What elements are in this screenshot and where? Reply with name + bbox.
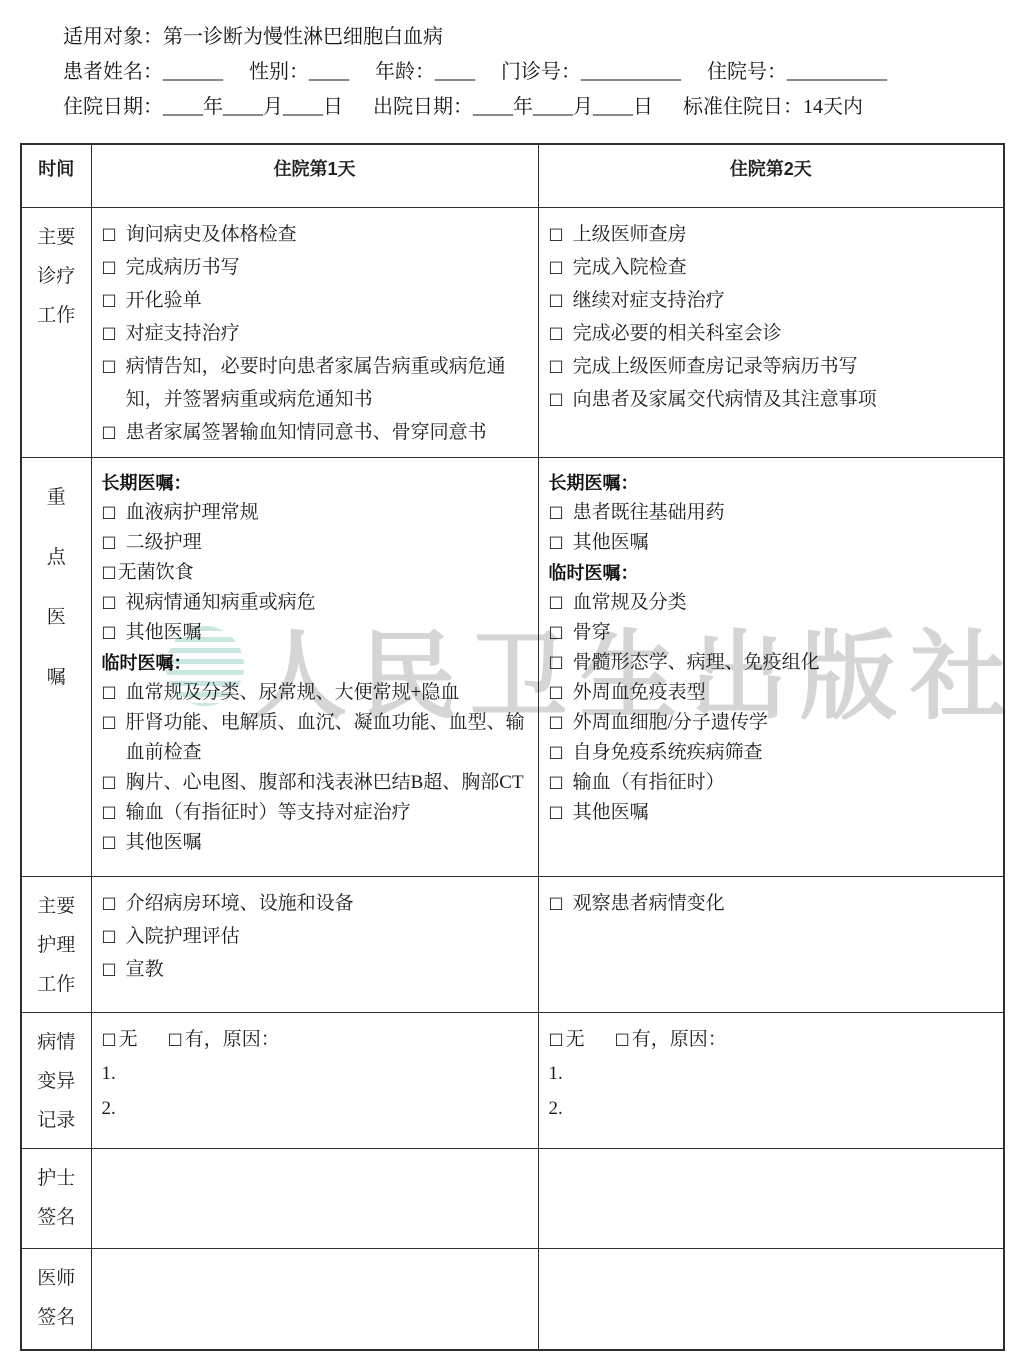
- checklist-item: □血常规及分类、尿常规、大便常规+隐血: [102, 678, 528, 708]
- checklist-item: □询问病史及体格检查: [102, 218, 528, 251]
- checkbox-icon[interactable]: □: [549, 497, 564, 527]
- checkbox-label: 骨髓形态学、病理、免疫组化: [573, 648, 820, 678]
- checkbox-icon[interactable]: □: [102, 886, 117, 919]
- row-label: 主要诊疗工作: [21, 208, 91, 458]
- checkbox-label: 骨穿: [573, 618, 611, 648]
- checkbox-icon[interactable]: □: [102, 283, 117, 316]
- checklist-item: □继续对症支持治疗: [549, 284, 994, 317]
- day-cell: 长期医嘱：□血液病护理常规□二级护理□无菌饮食□视病情通知病重或病危□其他医嘱临…: [91, 458, 538, 877]
- checkbox-icon[interactable]: □: [549, 677, 564, 707]
- checkbox-icon[interactable]: □: [549, 250, 564, 283]
- checkbox-label: 完成病历书写: [126, 251, 240, 284]
- table-row: 医师签名: [21, 1249, 1004, 1351]
- checkbox-icon[interactable]: □: [549, 587, 564, 617]
- checkbox-option: □有，原因：: [615, 1023, 727, 1056]
- column-header-time: 时间: [21, 144, 91, 208]
- checklist-item: □骨穿: [549, 618, 994, 648]
- checklist-item: □外周血细胞/分子遗传学: [549, 708, 994, 738]
- checkbox-label: 其他医嘱: [573, 528, 649, 558]
- checkbox-icon[interactable]: □: [102, 316, 117, 349]
- checklist-item: □对症支持治疗: [102, 317, 528, 350]
- row-label: 重点医嘱: [21, 458, 91, 877]
- checkbox-option: □无: [549, 1023, 585, 1056]
- checkbox-label: 宣教: [126, 953, 164, 986]
- checklist-item: □二级护理: [102, 528, 528, 558]
- checkbox-icon[interactable]: □: [102, 497, 117, 527]
- checklist-item: □其他医嘱: [102, 618, 528, 648]
- checkbox-icon[interactable]: □: [549, 617, 564, 647]
- checklist-item: □完成入院检查: [549, 251, 994, 284]
- checkbox-label: 对症支持治疗: [126, 317, 240, 350]
- checklist-item: □向患者及家属交代病情及其注意事项: [549, 383, 994, 416]
- day-cell: □无□有，原因：1.2.: [91, 1013, 538, 1149]
- column-header-day1: 住院第1天: [91, 144, 538, 208]
- patient-name-field: 患者姓名：______: [63, 55, 223, 90]
- checklist-item: □输血（有指征时）等支持对症治疗: [102, 798, 528, 828]
- day-cell: □无□有，原因：1.2.: [538, 1013, 1004, 1149]
- checkbox-label: 开化验单: [126, 284, 202, 317]
- checkbox-icon[interactable]: □: [549, 382, 564, 415]
- checkbox-icon[interactable]: □: [549, 349, 564, 382]
- checkbox-label: 无: [119, 1023, 138, 1056]
- checklist-item: □患者既往基础用药: [549, 498, 994, 528]
- checklist-item: □病情告知，必要时向患者家属告病重或病危通知，并签署病重或病危通知书: [102, 350, 528, 416]
- checklist-item: □宣教: [102, 953, 528, 986]
- day-cell: [91, 1149, 538, 1249]
- checkbox-option: □有，原因：: [168, 1023, 280, 1056]
- checkbox-icon[interactable]: □: [102, 797, 117, 827]
- checklist-item: □血常规及分类: [549, 588, 994, 618]
- checkbox-label: 观察患者病情变化: [573, 887, 725, 920]
- table-row: 主要护理工作□介绍病房环境、设施和设备□入院护理评估□宣教□观察患者病情变化: [21, 877, 1004, 1013]
- inpatient-no-field: 住院号：__________: [707, 55, 887, 90]
- checkbox-label: 输血（有指征时）: [573, 768, 725, 798]
- checkbox-option: □无: [102, 1023, 138, 1056]
- order-category-label: 临时医嘱：: [549, 558, 994, 588]
- checkbox-label: 输血（有指征时）等支持对症治疗: [126, 798, 411, 828]
- checkbox-label: 外周血细胞/分子遗传学: [573, 708, 768, 738]
- checkbox-label: 二级护理: [126, 528, 202, 558]
- checkbox-label: 血常规及分类、尿常规、大便常规+隐血: [126, 678, 460, 708]
- checkbox-label: 向患者及家属交代病情及其注意事项: [573, 383, 877, 416]
- table-row: 主要诊疗工作□询问病史及体格检查□完成病历书写□开化验单□对症支持治疗□病情告知…: [21, 208, 1004, 458]
- checkbox-label: 有，原因：: [185, 1023, 280, 1056]
- checkbox-label: 有，原因：: [632, 1023, 727, 1056]
- checkbox-icon[interactable]: □: [102, 952, 117, 985]
- row-label: 护士签名: [21, 1149, 91, 1249]
- checklist-item: □血液病护理常规: [102, 498, 528, 528]
- checklist-item: □完成病历书写: [102, 251, 528, 284]
- checkbox-icon[interactable]: □: [102, 1022, 117, 1055]
- order-category-label: 临时医嘱：: [102, 648, 528, 678]
- variation-options-line: □无□有，原因：: [102, 1023, 528, 1056]
- row-label: 主要护理工作: [21, 877, 91, 1013]
- gender-field: 性别：____: [249, 55, 349, 90]
- checkbox-icon[interactable]: □: [549, 316, 564, 349]
- checklist-item: □观察患者病情变化: [549, 887, 994, 920]
- checkbox-label: 其他医嘱: [126, 618, 202, 648]
- checklist-item: □患者家属签署输血知情同意书、骨穿同意书: [102, 416, 528, 449]
- checklist-item: □入院护理评估: [102, 920, 528, 953]
- checkbox-label: 介绍病房环境、设施和设备: [126, 887, 354, 920]
- checkbox-icon[interactable]: □: [102, 587, 117, 617]
- checkbox-label: 患者既往基础用药: [573, 498, 725, 528]
- variation-options-line: □无□有，原因：: [549, 1023, 994, 1056]
- checkbox-icon[interactable]: □: [615, 1022, 630, 1055]
- checkbox-icon[interactable]: □: [549, 767, 564, 797]
- table-row: 病情变异记录□无□有，原因：1.2.□无□有，原因：1.2.: [21, 1013, 1004, 1149]
- row-label: 病情变异记录: [21, 1013, 91, 1149]
- checklist-item: □输血（有指征时）: [549, 768, 994, 798]
- checklist-item: □自身免疫系统疾病筛查: [549, 738, 994, 768]
- numbered-line: 1.: [549, 1056, 994, 1091]
- column-header-day2: 住院第2天: [538, 144, 1004, 208]
- clinical-pathway-page: 人民卫生出版社 适用对象：第一诊断为慢性淋巴细胞白血病 患者姓名：______ …: [0, 0, 1022, 1352]
- checklist-item: □其他医嘱: [549, 798, 994, 828]
- outpatient-no-field: 门诊号：__________: [501, 55, 681, 90]
- checkbox-icon[interactable]: □: [102, 707, 117, 737]
- checkbox-label: 自身免疫系统疾病筛查: [573, 738, 763, 768]
- checkbox-icon[interactable]: □: [102, 617, 117, 647]
- day-cell: □观察患者病情变化: [538, 877, 1004, 1013]
- checkbox-icon[interactable]: □: [549, 283, 564, 316]
- checkbox-icon[interactable]: □: [102, 250, 117, 283]
- checklist-item: □视病情通知病重或病危: [102, 588, 528, 618]
- numbered-line: 1.: [102, 1056, 528, 1091]
- numbered-line: 2.: [549, 1091, 994, 1126]
- checklist-item: □骨髓形态学、病理、免疫组化: [549, 648, 994, 678]
- checkbox-label: 外周血免疫表型: [573, 678, 706, 708]
- day-cell: □上级医师查房□完成入院检查□继续对症支持治疗□完成必要的相关科室会诊□完成上级…: [538, 208, 1004, 458]
- checkbox-label: 病情告知，必要时向患者家属告病重或病危通知，并签署病重或病危通知书: [126, 350, 528, 416]
- pathway-table-body: 主要诊疗工作□询问病史及体格检查□完成病历书写□开化验单□对症支持治疗□病情告知…: [21, 208, 1004, 1351]
- checklist-item: □胸片、心电图、腹部和浅表淋巴结B超、胸部CT: [102, 768, 528, 798]
- applicable-target-line: 适用对象：第一诊断为慢性淋巴细胞白血病: [63, 20, 1002, 55]
- checkbox-icon[interactable]: □: [549, 886, 564, 919]
- discharge-date-field: 出院日期：____年____月____日: [373, 90, 653, 125]
- checkbox-icon[interactable]: □: [549, 217, 564, 250]
- day-cell: [538, 1149, 1004, 1249]
- checklist-item: □完成必要的相关科室会诊: [549, 317, 994, 350]
- patient-info-line: 患者姓名：______ 性别：____ 年龄：____ 门诊号：________…: [63, 55, 1002, 90]
- checklist-item: □其他医嘱: [102, 828, 528, 858]
- checkbox-label: 上级医师查房: [573, 218, 687, 251]
- checklist-item: □介绍病房环境、设施和设备: [102, 887, 528, 920]
- numbered-line: 2.: [102, 1091, 528, 1126]
- checkbox-label: 入院护理评估: [126, 920, 240, 953]
- checkbox-icon[interactable]: □: [549, 1022, 564, 1055]
- checkbox-icon[interactable]: □: [102, 767, 117, 797]
- checkbox-icon[interactable]: □: [102, 415, 117, 448]
- checklist-item: □肝肾功能、电解质、血沉、凝血功能、血型、输血前检查: [102, 708, 528, 768]
- day-cell: [538, 1249, 1004, 1351]
- form-header: 适用对象：第一诊断为慢性淋巴细胞白血病 患者姓名：______ 性别：____ …: [63, 20, 1002, 125]
- clinical-pathway-table: 时间 住院第1天 住院第2天 主要诊疗工作□询问病史及体格检查□完成病历书写□开…: [20, 143, 1005, 1351]
- checkbox-icon[interactable]: □: [102, 557, 117, 587]
- checkbox-label: 血常规及分类: [573, 588, 687, 618]
- checkbox-label: 视病情通知病重或病危: [126, 588, 316, 618]
- table-header: 时间 住院第1天 住院第2天: [21, 144, 1004, 208]
- checkbox-icon[interactable]: □: [549, 707, 564, 737]
- checkbox-label: 其他医嘱: [126, 828, 202, 858]
- checkbox-icon[interactable]: □: [549, 737, 564, 767]
- checklist-item: □完成上级医师查房记录等病历书写: [549, 350, 994, 383]
- standard-stay-field: 标准住院日：14天内: [683, 90, 863, 125]
- checkbox-icon[interactable]: □: [549, 647, 564, 677]
- day-cell: 长期医嘱：□患者既往基础用药□其他医嘱临时医嘱：□血常规及分类□骨穿□骨髓形态学…: [538, 458, 1004, 877]
- checklist-item: □开化验单: [102, 284, 528, 317]
- checkbox-icon[interactable]: □: [168, 1022, 183, 1055]
- checkbox-icon[interactable]: □: [102, 527, 117, 557]
- checkbox-icon[interactable]: □: [102, 217, 117, 250]
- admission-date-field: 住院日期：____年____月____日: [63, 90, 343, 125]
- checkbox-label: 询问病史及体格检查: [126, 218, 297, 251]
- checkbox-icon[interactable]: □: [102, 919, 117, 952]
- checkbox-label: 继续对症支持治疗: [573, 284, 725, 317]
- table-row: 重点医嘱长期医嘱：□血液病护理常规□二级护理□无菌饮食□视病情通知病重或病危□其…: [21, 458, 1004, 877]
- checkbox-label: 完成入院检查: [573, 251, 687, 284]
- order-category-label: 长期医嘱：: [549, 468, 994, 498]
- checkbox-label: 其他医嘱: [573, 798, 649, 828]
- checklist-item: □上级医师查房: [549, 218, 994, 251]
- checkbox-label: 患者家属签署输血知情同意书、骨穿同意书: [126, 416, 487, 449]
- checkbox-label: 胸片、心电图、腹部和浅表淋巴结B超、胸部CT: [126, 768, 524, 798]
- checklist-item: □外周血免疫表型: [549, 678, 994, 708]
- day-cell: □介绍病房环境、设施和设备□入院护理评估□宣教: [91, 877, 538, 1013]
- day-cell: [91, 1249, 538, 1351]
- checkbox-icon[interactable]: □: [549, 797, 564, 827]
- checklist-item: □无菌饮食: [102, 558, 528, 588]
- order-category-label: 长期医嘱：: [102, 468, 528, 498]
- checkbox-icon[interactable]: □: [549, 527, 564, 557]
- checkbox-label: 血液病护理常规: [126, 498, 259, 528]
- age-field: 年龄：____: [375, 55, 475, 90]
- checkbox-label: 完成必要的相关科室会诊: [573, 317, 782, 350]
- checkbox-label: 无菌饮食: [118, 558, 194, 588]
- checkbox-icon[interactable]: □: [102, 827, 117, 857]
- row-label: 医师签名: [21, 1249, 91, 1351]
- checkbox-icon[interactable]: □: [102, 349, 117, 382]
- day-cell: □询问病史及体格检查□完成病历书写□开化验单□对症支持治疗□病情告知，必要时向患…: [91, 208, 538, 458]
- checkbox-label: 完成上级医师查房记录等病历书写: [573, 350, 858, 383]
- checklist-item: □其他医嘱: [549, 528, 994, 558]
- checkbox-icon[interactable]: □: [102, 677, 117, 707]
- checkbox-label: 无: [566, 1023, 585, 1056]
- table-row: 护士签名: [21, 1149, 1004, 1249]
- checkbox-label: 肝肾功能、电解质、血沉、凝血功能、血型、输血前检查: [126, 708, 528, 768]
- dates-line: 住院日期：____年____月____日 出院日期：____年____月____…: [63, 90, 1002, 125]
